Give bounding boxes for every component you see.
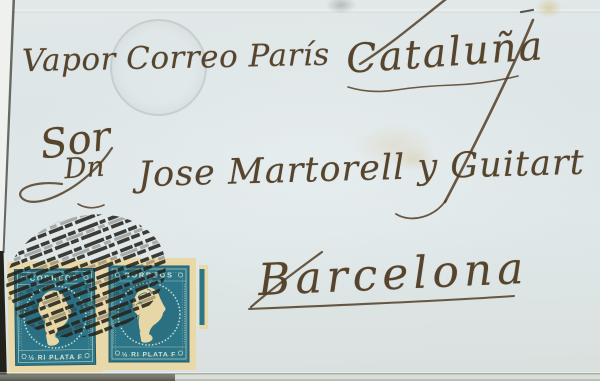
bottom-edge-shadow	[0, 374, 175, 381]
addressee-prefix-dn: Dn	[63, 150, 106, 186]
top-crease	[0, 9, 600, 13]
scanned-postal-cover: Vapor Correo París Cataluña Sor Dn Jose …	[0, 0, 600, 381]
route-line-text: Vapor Correo París	[22, 37, 330, 79]
